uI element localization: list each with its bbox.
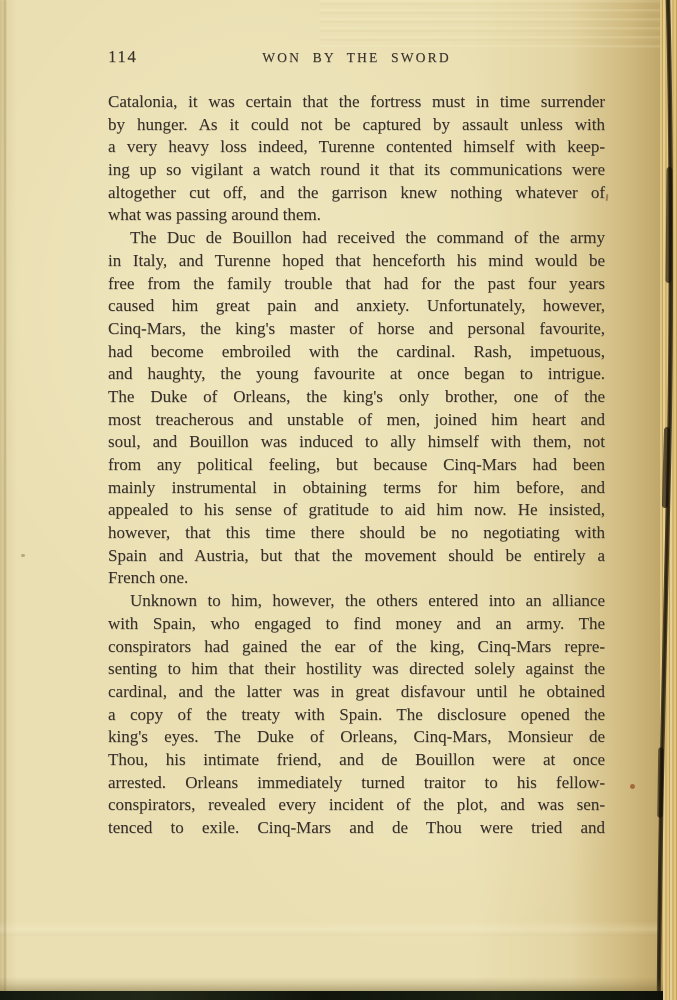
text-line: from any political feeling, but because … [108, 454, 605, 477]
text-line: with Spain, who engaged to find money an… [108, 613, 605, 636]
text-line: appealed to his sense of gratitude to ai… [108, 499, 605, 522]
text-line: in Italy, and Turenne hoped that hencefo… [108, 250, 605, 273]
text-line: senting to him that their hostility was … [108, 658, 605, 681]
left-edge-crease [4, 0, 6, 1000]
text-line: altogether cut off, and the garrison kne… [108, 182, 605, 205]
text-line: soul, and Bouillon was induced to ally h… [108, 431, 605, 454]
page-header: 114 WON BY THE SWORD [108, 47, 605, 67]
adjacent-page-edges [660, 0, 677, 1000]
text-line: free from the family trouble that had fo… [108, 273, 605, 296]
text-line: by hunger. As it could not be captured b… [108, 114, 605, 137]
text-line: had become embroiled with the cardinal. … [108, 341, 605, 364]
running-title: WON BY THE SWORD [108, 50, 605, 66]
text-line: caused him great pain and anxiety. Unfor… [108, 295, 605, 318]
text-line: Thou, his intimate friend, and de Bouill… [108, 749, 605, 772]
text-line: and haughty, the young favourite at once… [108, 363, 605, 386]
text-line: mainly instrumental in obtaining terms f… [108, 477, 605, 500]
text-line: French one. [108, 567, 605, 590]
text-line: conspirators had gained the ear of the k… [108, 636, 605, 659]
text-line: Spain and Austria, but that the movement… [108, 545, 605, 568]
text-line: The Duc de Bouillon had received the com… [108, 227, 605, 250]
text-line: Cinq-Mars, the king's master of horse an… [108, 318, 605, 341]
text-line: most treacherous and unstable of men, jo… [108, 409, 605, 432]
paper-speck [630, 784, 635, 789]
book-page-scan: 114 WON BY THE SWORD Catalonia, it was c… [0, 0, 677, 1000]
text-line: arrested. Orleans immediately turned tra… [108, 772, 605, 795]
text-line: tenced to exile. Cinq-Mars and de Thou w… [108, 817, 605, 840]
text-line: Unknown to him, however, the others ente… [108, 590, 605, 613]
text-line: what was passing around them. [108, 204, 605, 227]
text-line: cardinal, and the latter was in great di… [108, 681, 605, 704]
book-board-edge [0, 991, 663, 1000]
text-line: however, that this time there should be … [108, 522, 605, 545]
text-line: Catalonia, it was certain that the fortr… [108, 91, 605, 114]
text-line: The Duke of Orleans, the king's only bro… [108, 386, 605, 409]
text-line: a very heavy loss indeed, Turenne conten… [108, 136, 605, 159]
text-line: a copy of the treaty with Spain. The dis… [108, 704, 605, 727]
paper-dot [21, 554, 25, 557]
text-line: conspirators, revealed every incident of… [108, 794, 605, 817]
page-text: Catalonia, it was certain that the fortr… [108, 91, 605, 840]
text-line: king's eyes. The Duke of Orleans, Cinq-M… [108, 726, 605, 749]
text-line: ing up so vigilant a watch round it that… [108, 159, 605, 182]
